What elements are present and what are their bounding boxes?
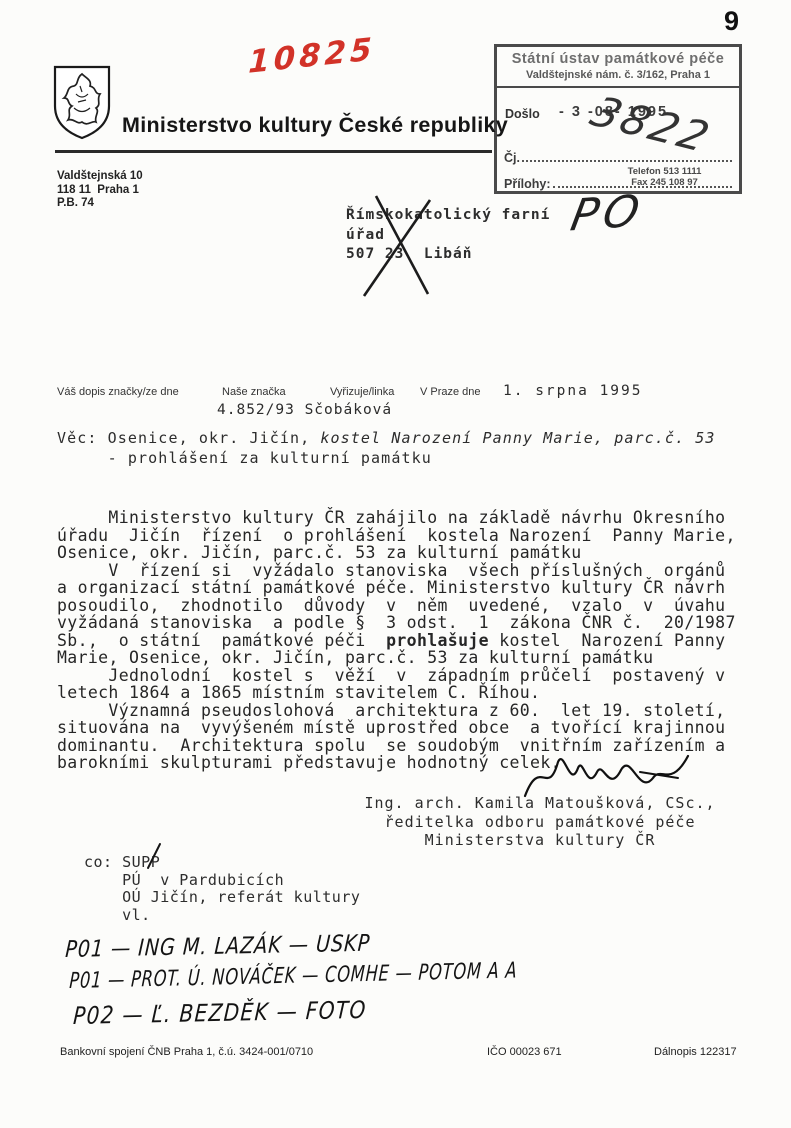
text-line: Významná pseudoslohová architektura z 60… (57, 702, 736, 720)
text-line: Ministerstvo kultury ČR zahájilo na zákl… (57, 509, 736, 527)
handwritten-note-3: P02 — Ľ. BEZDĚK — FOTO (72, 996, 367, 1030)
text-segment: PÚ v Pardubicích (84, 871, 284, 889)
text-line: OÚ Jičín, referát kultury (84, 889, 360, 907)
text-segment: situována na vyvýšeném místě uprostřed o… (57, 718, 725, 737)
text-line: co: SUPP (84, 854, 360, 872)
stamp-header: Státní ústav památkové péče Valdštejnské… (497, 47, 739, 88)
subject-line: Věc: Osenice, okr. Jičín, kostel Narozen… (57, 429, 716, 468)
text-segment: Významná pseudoslohová architektura z 60… (57, 701, 725, 720)
text-segment: Osenice, okr. Jičín, parc.č. 53 za kultu… (57, 543, 581, 562)
scanned-letter-page: 9 10825 Státní ústav památkové péče Vald… (0, 0, 791, 1128)
handwritten-red-code: 10825 (248, 31, 376, 81)
text-line: P.B. 74 (57, 197, 143, 211)
text-segment: 118 11 Praha 1 (57, 184, 139, 196)
letter-date: 1. srpna 1995 (503, 383, 643, 399)
footer-bank-info: Bankovní spojení ČNB Praha 1, č.ú. 3424-… (60, 1046, 313, 1058)
stamp-org-name: Státní ústav památkové péče (499, 51, 737, 67)
ref-col-our-ref: Naše značka (222, 386, 286, 398)
letter-body: Ministerstvo kultury ČR zahájilo na zákl… (57, 509, 736, 772)
text-segment: Marie, Osenice, okr. Jičín, parc.č. 53 z… (57, 648, 653, 667)
title-underline (55, 150, 492, 153)
coat-of-arms-icon (52, 64, 112, 142)
distribution-list: co: SUPP PÚ v Pardubicích OÚ Jičín, refe… (84, 854, 360, 924)
page-number: 9 (724, 6, 739, 37)
text-segment: Valdštejnská 10 (57, 170, 143, 182)
our-reference-value: 4.852/93 Sčobáková (217, 402, 392, 418)
stamp-received-label: Došlo (505, 107, 540, 121)
stamp-ref-label: Čj. (504, 151, 520, 165)
letterhead-phone-fax: Telefon 513 1111 Fax 245 108 97 (592, 166, 737, 188)
stamp-attachments-label: Přílohy: (504, 177, 551, 191)
sender-address: Valdštejnská 10118 11 Praha 1P.B. 74 (57, 170, 143, 211)
text-segment: letech 1864 a 1865 místním stavitelem C.… (57, 683, 540, 702)
text-line: Ing. arch. Kamila Matoušková, CSc., (340, 794, 740, 813)
text-segment: úřadu Jičín řízení o prohlášení kostela … (57, 526, 736, 545)
text-segment: Jednolodní kostel s věží v západním průč… (57, 666, 725, 685)
text-line: vl. (84, 907, 360, 925)
text-line: a organizací státní památkové péče. Mini… (57, 579, 736, 597)
text-segment: Věc: Osenice, okr. Jičín, (57, 429, 320, 447)
handwritten-note-2: P01 — PROT. Ú. NOVÁČEK — COMHE — POTOM A… (69, 958, 518, 994)
text-line: posoudilo, zhodnotilo důvody v něm uvede… (57, 597, 736, 615)
text-line: vyžádaná stanoviska a podle § 3 odst. 1 … (57, 614, 736, 632)
text-line: Valdštejnská 10 (57, 170, 143, 184)
text-segment: posoudilo, zhodnotilo důvody v něm uvede… (57, 596, 725, 615)
text-segment: Ministerstvo kultury ČR zahájilo na zákl… (57, 508, 725, 527)
text-segment: vl. (84, 906, 151, 924)
checkmark-stroke (146, 842, 162, 870)
text-segment: kostel Narození Panny (489, 631, 726, 650)
text-segment: Ing. arch. Kamila Matoušková, CSc., (364, 794, 715, 812)
text-segment: V řízení si vyžádalo stanoviska všech př… (57, 561, 725, 580)
fax-number: Fax 245 108 97 (592, 177, 737, 188)
text-segment: vyžádaná stanoviska a podle § 3 odst. 1 … (57, 613, 736, 632)
text-line: úřadu Jičín řízení o prohlášení kostela … (57, 527, 736, 545)
text-line: PÚ v Pardubicích (84, 872, 360, 890)
handwritten-po-mark: PO (567, 186, 648, 242)
text-segment: Sb., o státní památkové péči (57, 631, 386, 650)
text-line: Jednolodní kostel s věží v západním průč… (57, 667, 736, 685)
ref-col-your-ref: Váš dopis značky/ze dne (57, 386, 179, 398)
text-line: Osenice, okr. Jičín, parc.č. 53 za kultu… (57, 544, 736, 562)
handwritten-note-1: P01 — ING M. LAZÁK — USKP (64, 931, 370, 963)
text-line: Marie, Osenice, okr. Jičín, parc.č. 53 z… (57, 649, 736, 667)
text-line: Věc: Osenice, okr. Jičín, kostel Narozen… (57, 429, 716, 449)
text-line: V řízení si vyžádalo stanoviska všech př… (57, 562, 736, 580)
footer-telex: Dálnopis 122317 (654, 1046, 737, 1058)
ref-col-date-place: V Praze dne (420, 386, 481, 398)
text-line: Ministerstva kultury ČR (340, 831, 740, 850)
text-line: situována na vyvýšeném místě uprostřed o… (57, 719, 736, 737)
text-segment: - prohlášení za kulturní památku (57, 449, 432, 467)
text-segment: a organizací státní památkové péče. Mini… (57, 578, 725, 597)
text-line: Sb., o státní památkové péči prohlašuje … (57, 632, 736, 650)
text-line: - prohlášení za kulturní památku (57, 449, 716, 469)
text-segment: P.B. 74 (57, 197, 94, 209)
text-line: 118 11 Praha 1 (57, 184, 143, 198)
footer-ico: IČO 00023 671 (487, 1046, 562, 1058)
text-line: letech 1864 a 1865 místním stavitelem C.… (57, 684, 736, 702)
ref-col-handled-by: Vyřizuje/linka (330, 386, 394, 398)
text-segment: ředitelka odboru památkové péče (385, 813, 696, 831)
ministry-title: Ministerstvo kultury České republiky (122, 113, 508, 138)
text-segment: kostel Narození Panny Marie, parc.č. 53 (320, 429, 715, 447)
crossout-x-mark (348, 194, 448, 299)
text-line: ředitelka odboru památkové péče (340, 813, 740, 832)
text-segment: prohlašuje (386, 631, 489, 650)
text-segment: OÚ Jičín, referát kultury (84, 888, 360, 906)
stamp-org-address: Valdštejnské nám. č. 3/162, Praha 1 (499, 69, 737, 81)
phone-number: Telefon 513 1111 (592, 166, 737, 177)
text-segment: barokními skulpturami představuje hodnot… (57, 753, 561, 772)
signatory-block: Ing. arch. Kamila Matoušková, CSc.,ředit… (340, 794, 740, 850)
text-segment: Ministerstva kultury ČR (425, 831, 656, 849)
